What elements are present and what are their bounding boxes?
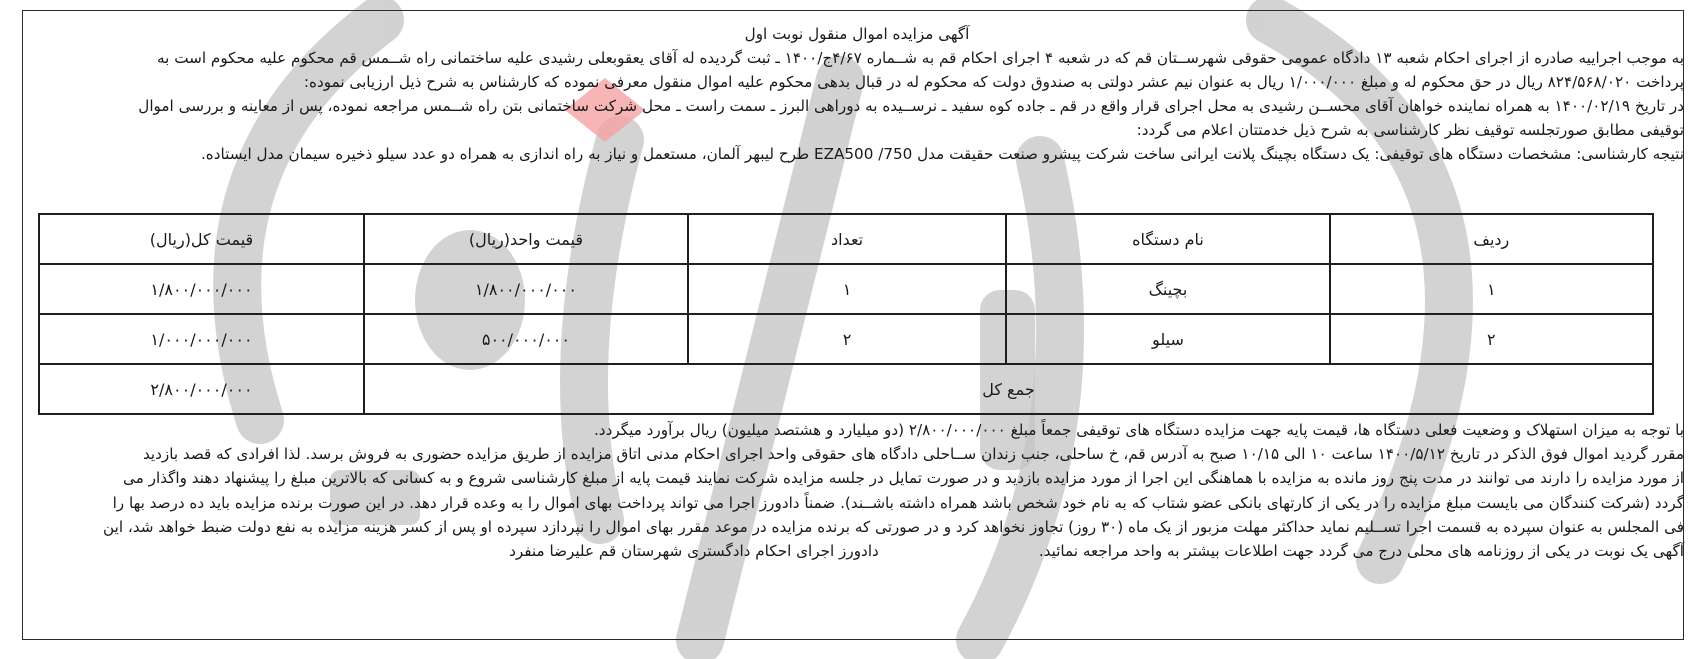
header-row-number: ردیف [1330,214,1653,264]
cell-unit-price: ۱/۸۰۰/۰۰۰/۰۰۰ [364,264,688,314]
paragraph-1: به موجب اجراییه صادره از اجرای احکام شعب… [30,46,1684,70]
visit-paragraph: از مورد مزایده را دارند می توانند در مدت… [30,466,1684,490]
cell-row-number: ۲ [1330,314,1653,364]
notice-title: آگهی مزایده اموال منقول نوبت اول [30,22,1684,46]
auction-date-paragraph: مقرر گردید اموال فوق الذکر در تاریخ ۱۴۰۰… [30,442,1684,466]
paragraph-5-expert-result: نتیجه کارشناسی: مشخصات دستگاه های توقیفی… [30,142,1684,166]
table-total-row: جمع کل ۲/۸۰۰/۰۰۰/۰۰۰ [39,364,1653,414]
cell-quantity: ۱ [688,264,1006,314]
paragraph-2: پرداخت ۸۲۴/۵۶۸/۰۲۰ ریال در حق محکوم له و… [30,70,1684,94]
header-total-price: قیمت کل(ریال) [39,214,364,264]
cell-device-name: سیلو [1006,314,1329,364]
base-price-paragraph: با توجه به میزان استهلاک و وضعیت فعلی دس… [30,418,1684,442]
items-table: ردیف نام دستگاه تعداد قیمت واحد(ریال) قی… [38,213,1654,415]
notice-body: آگهی مزایده اموال منقول نوبت اول به موجب… [30,22,1684,166]
table-header-row: ردیف نام دستگاه تعداد قیمت واحد(ریال) قی… [39,214,1653,264]
total-label: جمع کل [364,364,1653,414]
cell-total-price: ۱/۰۰۰/۰۰۰/۰۰۰ [39,314,364,364]
header-device-name: نام دستگاه [1006,214,1329,264]
header-quantity: تعداد [688,214,1006,264]
publication-note: آگهی یک نوبت در یکی از روزنامه های محلی … [1039,539,1684,563]
cell-total-price: ۱/۸۰۰/۰۰۰/۰۰۰ [39,264,364,314]
closing-line: آگهی یک نوبت در یکی از روزنامه های محلی … [30,539,1684,563]
cell-quantity: ۲ [688,314,1006,364]
paragraph-4: توقیفی مطابق صورتجلسه توقیف نظر کارشناسی… [30,118,1684,142]
total-value: ۲/۸۰۰/۰۰۰/۰۰۰ [39,364,364,414]
table-row: ۲ سیلو ۲ ۵۰۰/۰۰۰/۰۰۰ ۱/۰۰۰/۰۰۰/۰۰۰ [39,314,1653,364]
cell-row-number: ۱ [1330,264,1653,314]
header-unit-price: قیمت واحد(ریال) [364,214,688,264]
signature: دادورز اجرای احکام دادگستری شهرستان قم ع… [509,539,879,563]
notice-conditions: با توجه به میزان استهلاک و وضعیت فعلی دس… [30,418,1684,563]
participants-paragraph: گردد (شرکت کنندگان می بایست مبلغ مزایده … [30,491,1684,515]
cell-unit-price: ۵۰۰/۰۰۰/۰۰۰ [364,314,688,364]
table-row: ۱ بچینگ ۱ ۱/۸۰۰/۰۰۰/۰۰۰ ۱/۸۰۰/۰۰۰/۰۰۰ [39,264,1653,314]
paragraph-3: در تاریخ ۱۴۰۰/۰۲/۱۹ به همراه نماینده خوا… [30,94,1684,118]
deposit-paragraph: فی المجلس به عنوان سپرده به قسمت اجرا تس… [30,515,1684,539]
cell-device-name: بچینگ [1006,264,1329,314]
